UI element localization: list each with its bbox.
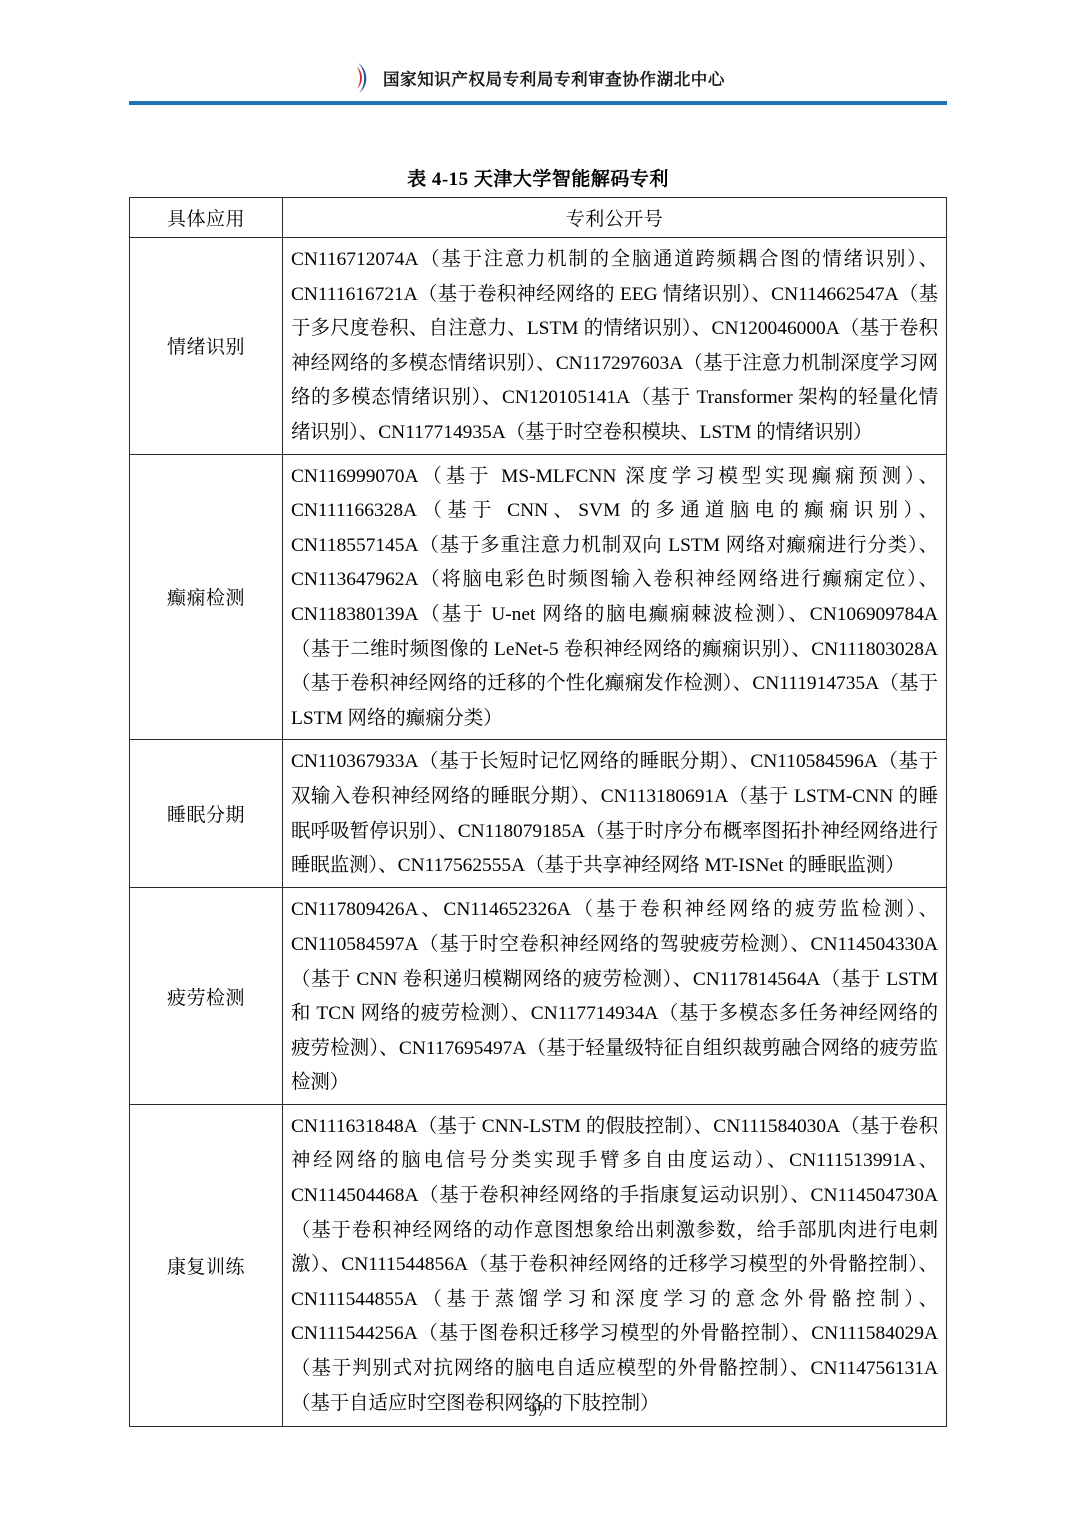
header-org-name: 国家知识产权局专利局专利审查协作湖北中心: [383, 66, 725, 90]
page-header: 国家知识产权局专利局专利审查协作湖北中心: [0, 62, 1074, 94]
patent-table: 具体应用 专利公开号 情绪识别 CN116712074A（基于注意力机制的全脑通…: [129, 197, 947, 1427]
column-header-patent-number: 专利公开号: [283, 198, 947, 238]
ipo-swoosh-icon: [349, 62, 372, 94]
table-row-sleep-staging: 睡眠分期 CN110367933A（基于长短时记忆网络的睡眠分期）、CN1105…: [130, 740, 947, 888]
table-row-rehabilitation-training: 康复训练 CN111631848A（基于 CNN-LSTM 的假肢控制）、CN1…: [130, 1104, 947, 1426]
table-row-emotion-recognition: 情绪识别 CN116712074A（基于注意力机制的全脑通道跨频耦合图的情绪识别…: [130, 238, 947, 455]
patents-cell: CN116999070A（基于 MS-MLFCNN 深度学习模型实现癫痫预测）、…: [283, 454, 947, 740]
header-rule: [129, 101, 947, 105]
application-cell: 情绪识别: [130, 238, 283, 455]
application-cell: 康复训练: [130, 1104, 283, 1426]
application-cell: 癫痫检测: [130, 454, 283, 740]
page-number: 97: [0, 1401, 1074, 1421]
patents-cell: CN117809426A、CN114652326A（基于卷积神经网络的疲劳监检测…: [283, 888, 947, 1105]
application-cell: 疲劳检测: [130, 888, 283, 1105]
document-page: 国家知识产权局专利局专利审查协作湖北中心 表 4-15 天津大学智能解码专利 具…: [0, 0, 1074, 1520]
patents-cell: CN116712074A（基于注意力机制的全脑通道跨频耦合图的情绪识别）、CN1…: [283, 238, 947, 455]
table-row-epilepsy-detection: 癫痫检测 CN116999070A（基于 MS-MLFCNN 深度学习模型实现癫…: [130, 454, 947, 740]
table-header-row: 具体应用 专利公开号: [130, 198, 947, 238]
table-caption: 表 4-15 天津大学智能解码专利: [129, 164, 947, 191]
column-header-application: 具体应用: [130, 198, 283, 238]
application-cell: 睡眠分期: [130, 740, 283, 888]
patents-cell: CN110367933A（基于长短时记忆网络的睡眠分期）、CN110584596…: [283, 740, 947, 888]
patents-cell: CN111631848A（基于 CNN-LSTM 的假肢控制）、CN111584…: [283, 1104, 947, 1426]
table-row-fatigue-detection: 疲劳检测 CN117809426A、CN114652326A（基于卷积神经网络的…: [130, 888, 947, 1105]
